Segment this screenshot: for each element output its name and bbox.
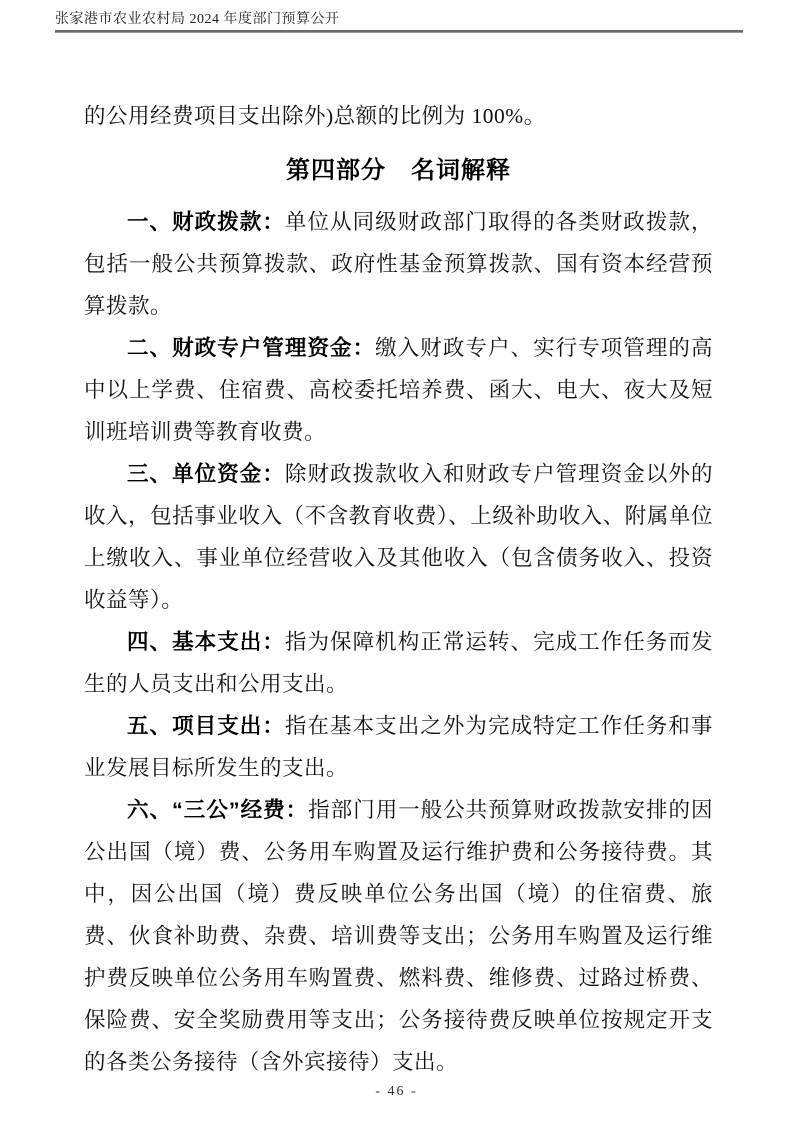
definition-paragraph: 二、财政专户管理资金：缴入财政专户、实行专项管理的高中以上学费、住宿费、高校委托… [84,327,713,453]
definition-paragraph: 六、“三公”经费：指部门用一般公共预算财政拨款安排的因公出国（境）费、公务用车购… [84,789,713,1083]
term-label: 二、财政专户管理资金： [127,336,375,360]
term-label: 三、单位资金： [127,462,285,486]
page-number: - 46 - [375,1084,417,1099]
definition-paragraph: 四、基本支出：指为保障机构正常运转、完成工作任务而发生的人员支出和公用支出。 [84,621,713,705]
term-label: 四、基本支出： [127,630,285,654]
header-rule [55,30,743,33]
document-body: 的公用经费项目支出除外)总额的比例为 100%。 第四部分 名词解释 一、财政拨… [84,95,713,1083]
carryover-paragraph: 的公用经费项目支出除外)总额的比例为 100%。 [84,95,713,137]
document-page: 张家港市农业农村局 2024 年度部门预算公开 的公用经费项目支出除外)总额的比… [0,0,793,1122]
definition-paragraph: 五、项目支出：指在基本支出之外为完成特定工作任务和事业发展目标所发生的支出。 [84,705,713,789]
section-title: 第四部分 名词解释 [84,152,713,190]
definition-paragraph: 一、财政拨款：单位从同级财政部门取得的各类财政拨款，包括一般公共预算拨款、政府性… [84,201,713,327]
term-label: 六、“三公”经费： [127,798,308,822]
header-title: 张家港市农业农村局 2024 年度部门预算公开 [55,11,340,29]
page-footer: - 46 - [0,1084,793,1100]
term-definition: 指部门用一般公共预算财政拨款安排的因公出国（境）费、公务用车购置及运行维护费和公… [84,798,713,1074]
term-label: 五、项目支出： [127,714,285,738]
term-label: 一、财政拨款： [127,210,285,234]
definition-paragraph: 三、单位资金：除财政拨款收入和财政专户管理资金以外的收入，包括事业收入（不含教育… [84,453,713,621]
